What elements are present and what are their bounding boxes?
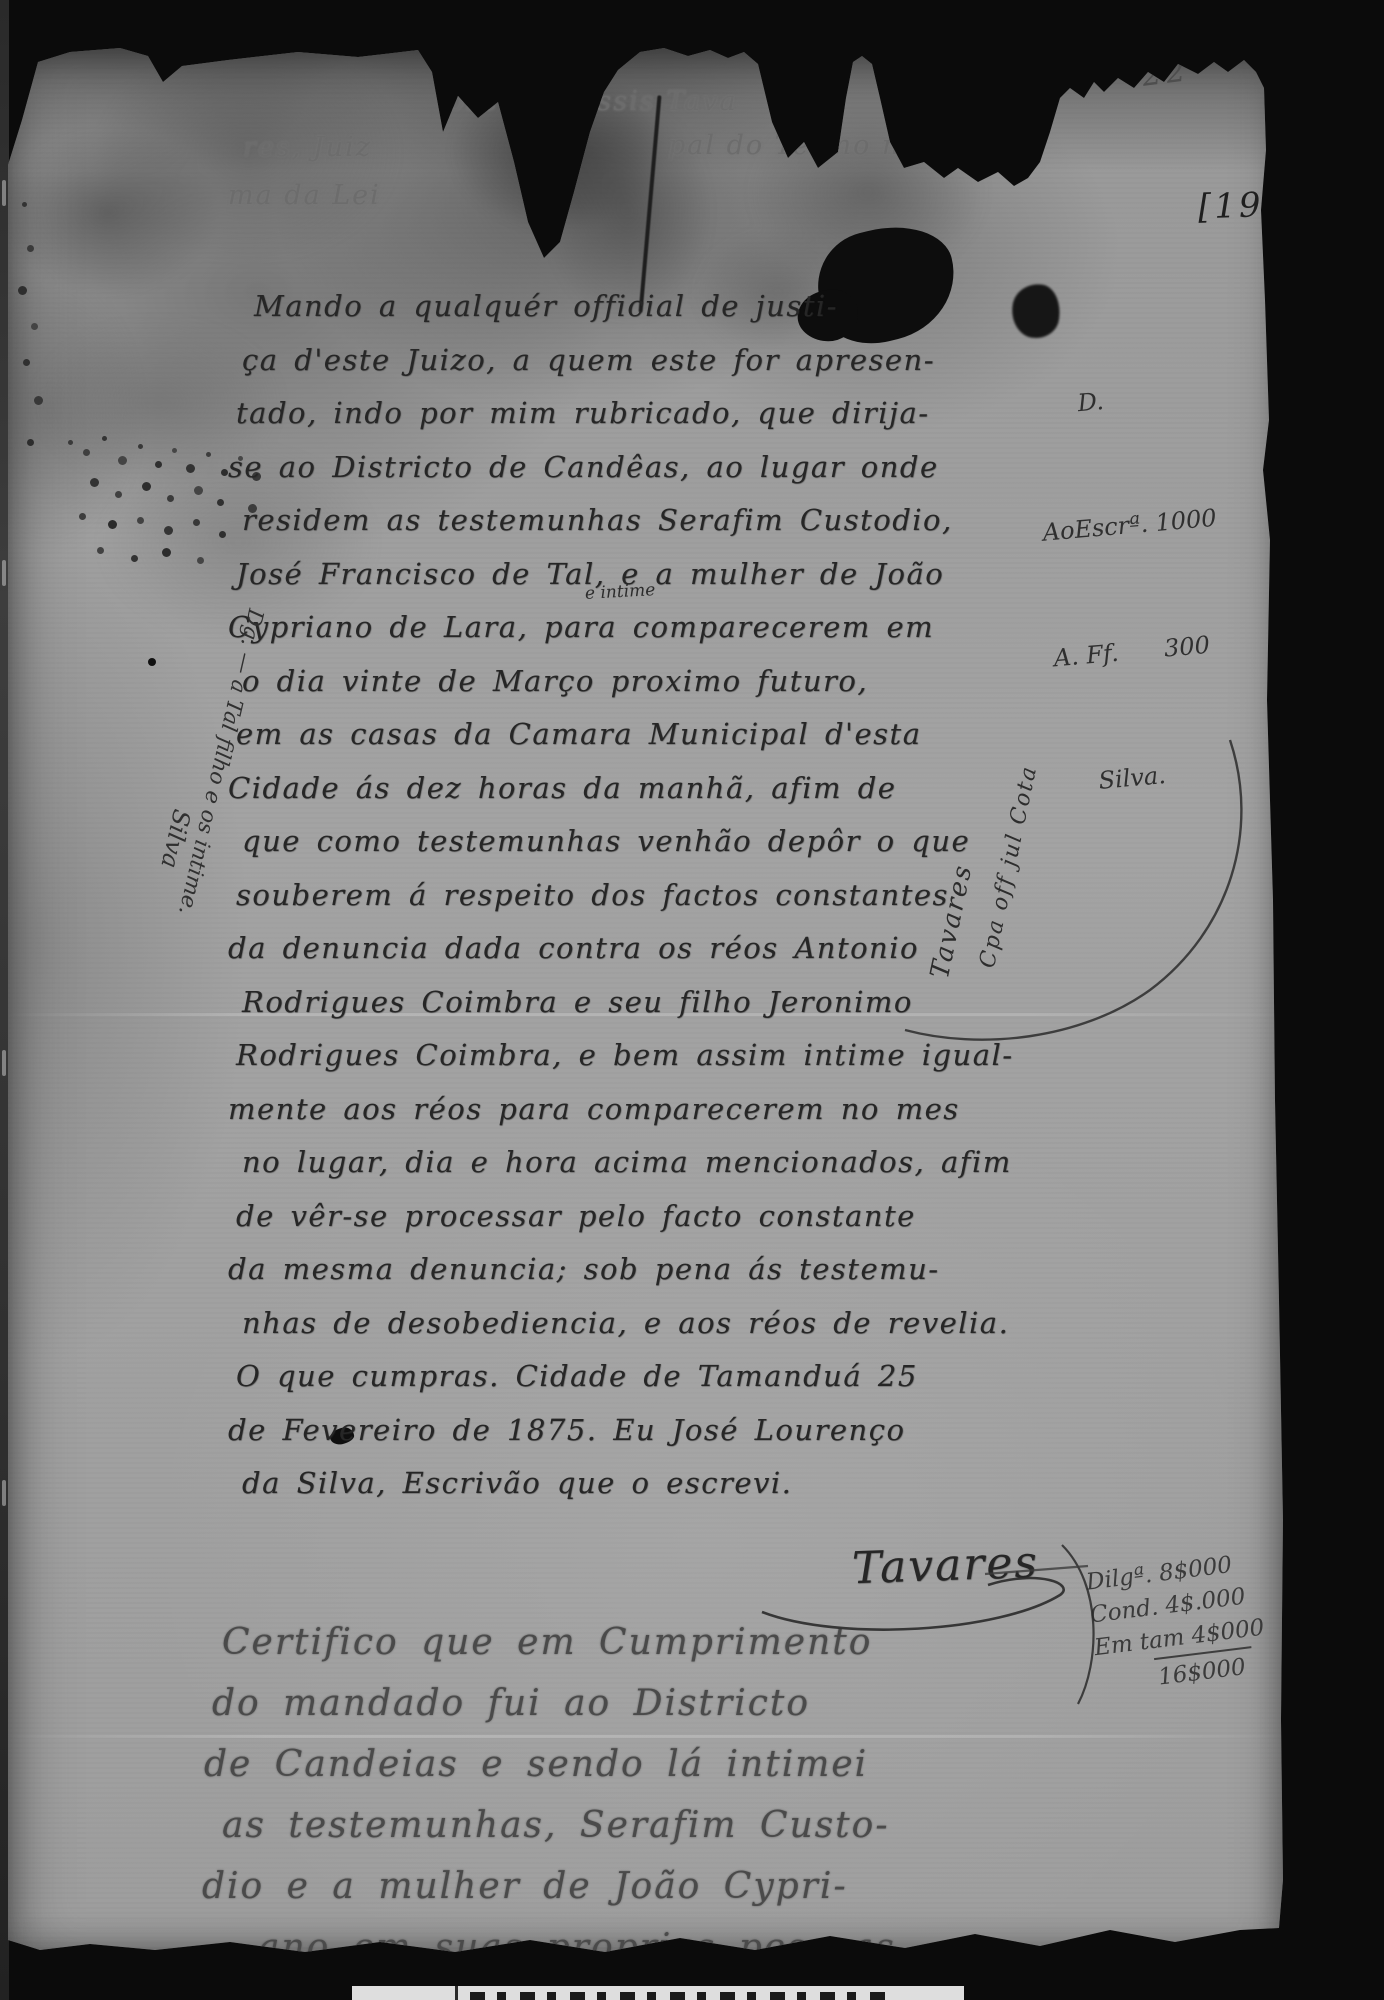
header-fragment: pal do Termo na for [668,130,975,161]
scan-edge-streak [2,1480,6,1506]
mold-speckles [68,440,73,445]
manuscript-line: de Fevereiro de 1875. Eu José Lourenço [228,1404,928,1458]
ink-dot [148,658,156,666]
fee-note-line: AoEscrª. 1000 [1041,497,1218,554]
fee-note-signature: Silva. [1097,748,1240,802]
header-fragment: ma da Lei [228,180,381,211]
torn-paper-sheet: ôsco de Assis Tava res, Juiz pal do Term… [8,42,1286,1954]
manuscript-line: Rodrigues Coimbra e seu filho Jeronimo [242,976,928,1030]
manuscript-line: Rodrigues Coimbra, e bem assim intime ig… [236,1029,928,1083]
corner-number: 22 [1140,53,1192,94]
manuscript-line: ça d'este Juizo, a quem este for apresen… [242,334,928,388]
manuscript-line: Cidade ás dez horas da manhã, afim de [228,762,928,816]
caption-letter-tops [470,1992,890,2000]
manuscript-line: em as casas da Camara Municipal d'esta [236,708,928,762]
certification-line: de Candeias e sendo lá intimei [204,1734,982,1795]
manuscript-line: da Silva, Escrivão que o escrevi. [242,1457,928,1511]
manuscript-line: nhas de desobediencia, e aos réos de rev… [242,1297,928,1351]
scan-edge-streak [2,560,6,586]
scan-edge-strip [0,0,9,2000]
manuscript-line: de vêr-se processar pelo facto constante [236,1190,928,1244]
manuscript-line: Cypriano de Lara, para comparecerem em [228,601,928,655]
judge-signature: Tavares [851,1537,1040,1594]
certification-text: Certifico que em Cumprimentodo mandado f… [222,1612,982,1978]
manuscript-line: da mesma denuncia; sob pena ás testemu- [228,1243,928,1297]
manuscript-line: José Francisco de Tal, e a mulher de Joã… [236,548,928,602]
certification-line: do mandado fui ao Districto [212,1673,982,1734]
certification-line: dio e a mulher de João Cypri- [202,1856,982,1917]
mandado-body-text: Mando a qualquér official de justi-ça d'… [228,280,928,1511]
fee-note-line: A. Ff. 300 [1052,622,1229,679]
manuscript-line: Mando a qualquér official de justi- [254,280,928,334]
manuscript-line: o dia vinte de Março proximo futuro, [242,655,928,709]
manuscript-line: se ao Districto de Candêas, ao lugar ond… [228,441,928,495]
scan-edge-streak [2,1050,6,1076]
scan-edge-streak [2,180,6,206]
header-fragment: ôsco de Assis Tava [448,86,738,117]
page-number: [19] [1197,185,1280,228]
manuscript-line: da denuncia dada contra os réos Antonio [228,922,928,976]
manuscript-line: mente aos réos para comparecerem no mes [228,1083,928,1137]
manuscript-line: O que cumpras. Cidade de Tamanduá 25 [236,1350,928,1404]
manuscript-line: que como testemunhas venhão depôr o que [242,815,928,869]
header-fragment: res, Juiz [243,132,372,163]
scanned-manuscript-page: ôsco de Assis Tava res, Juiz pal do Term… [0,0,1384,2000]
certification-line: ano em suas proprias pessoas [258,1917,982,1978]
mold-speckles [22,202,27,207]
manuscript-line: residem as testemunhas Serafim Custodio, [242,494,928,548]
caption-divider [455,1986,458,2000]
interlinear-insertion: e intime [585,580,656,604]
manuscript-line: tado, indo por mim rubricado, que dirija… [236,387,928,441]
manuscript-line: no lugar, dia e hora acima mencionados, … [242,1136,928,1190]
costs-note: Dilgª. 8$000 Cond. 4$.000 Em tam 4$000 1… [1084,1546,1270,1702]
caption-strip [352,1986,964,2000]
certification-line: Certifico que em Cumprimento [222,1612,982,1673]
fee-note-heading: D. [1076,371,1207,424]
manuscript-line: souberem á respeito dos factos constante… [236,869,928,923]
certification-line: as testemunhas, Serafim Custo- [222,1795,982,1856]
